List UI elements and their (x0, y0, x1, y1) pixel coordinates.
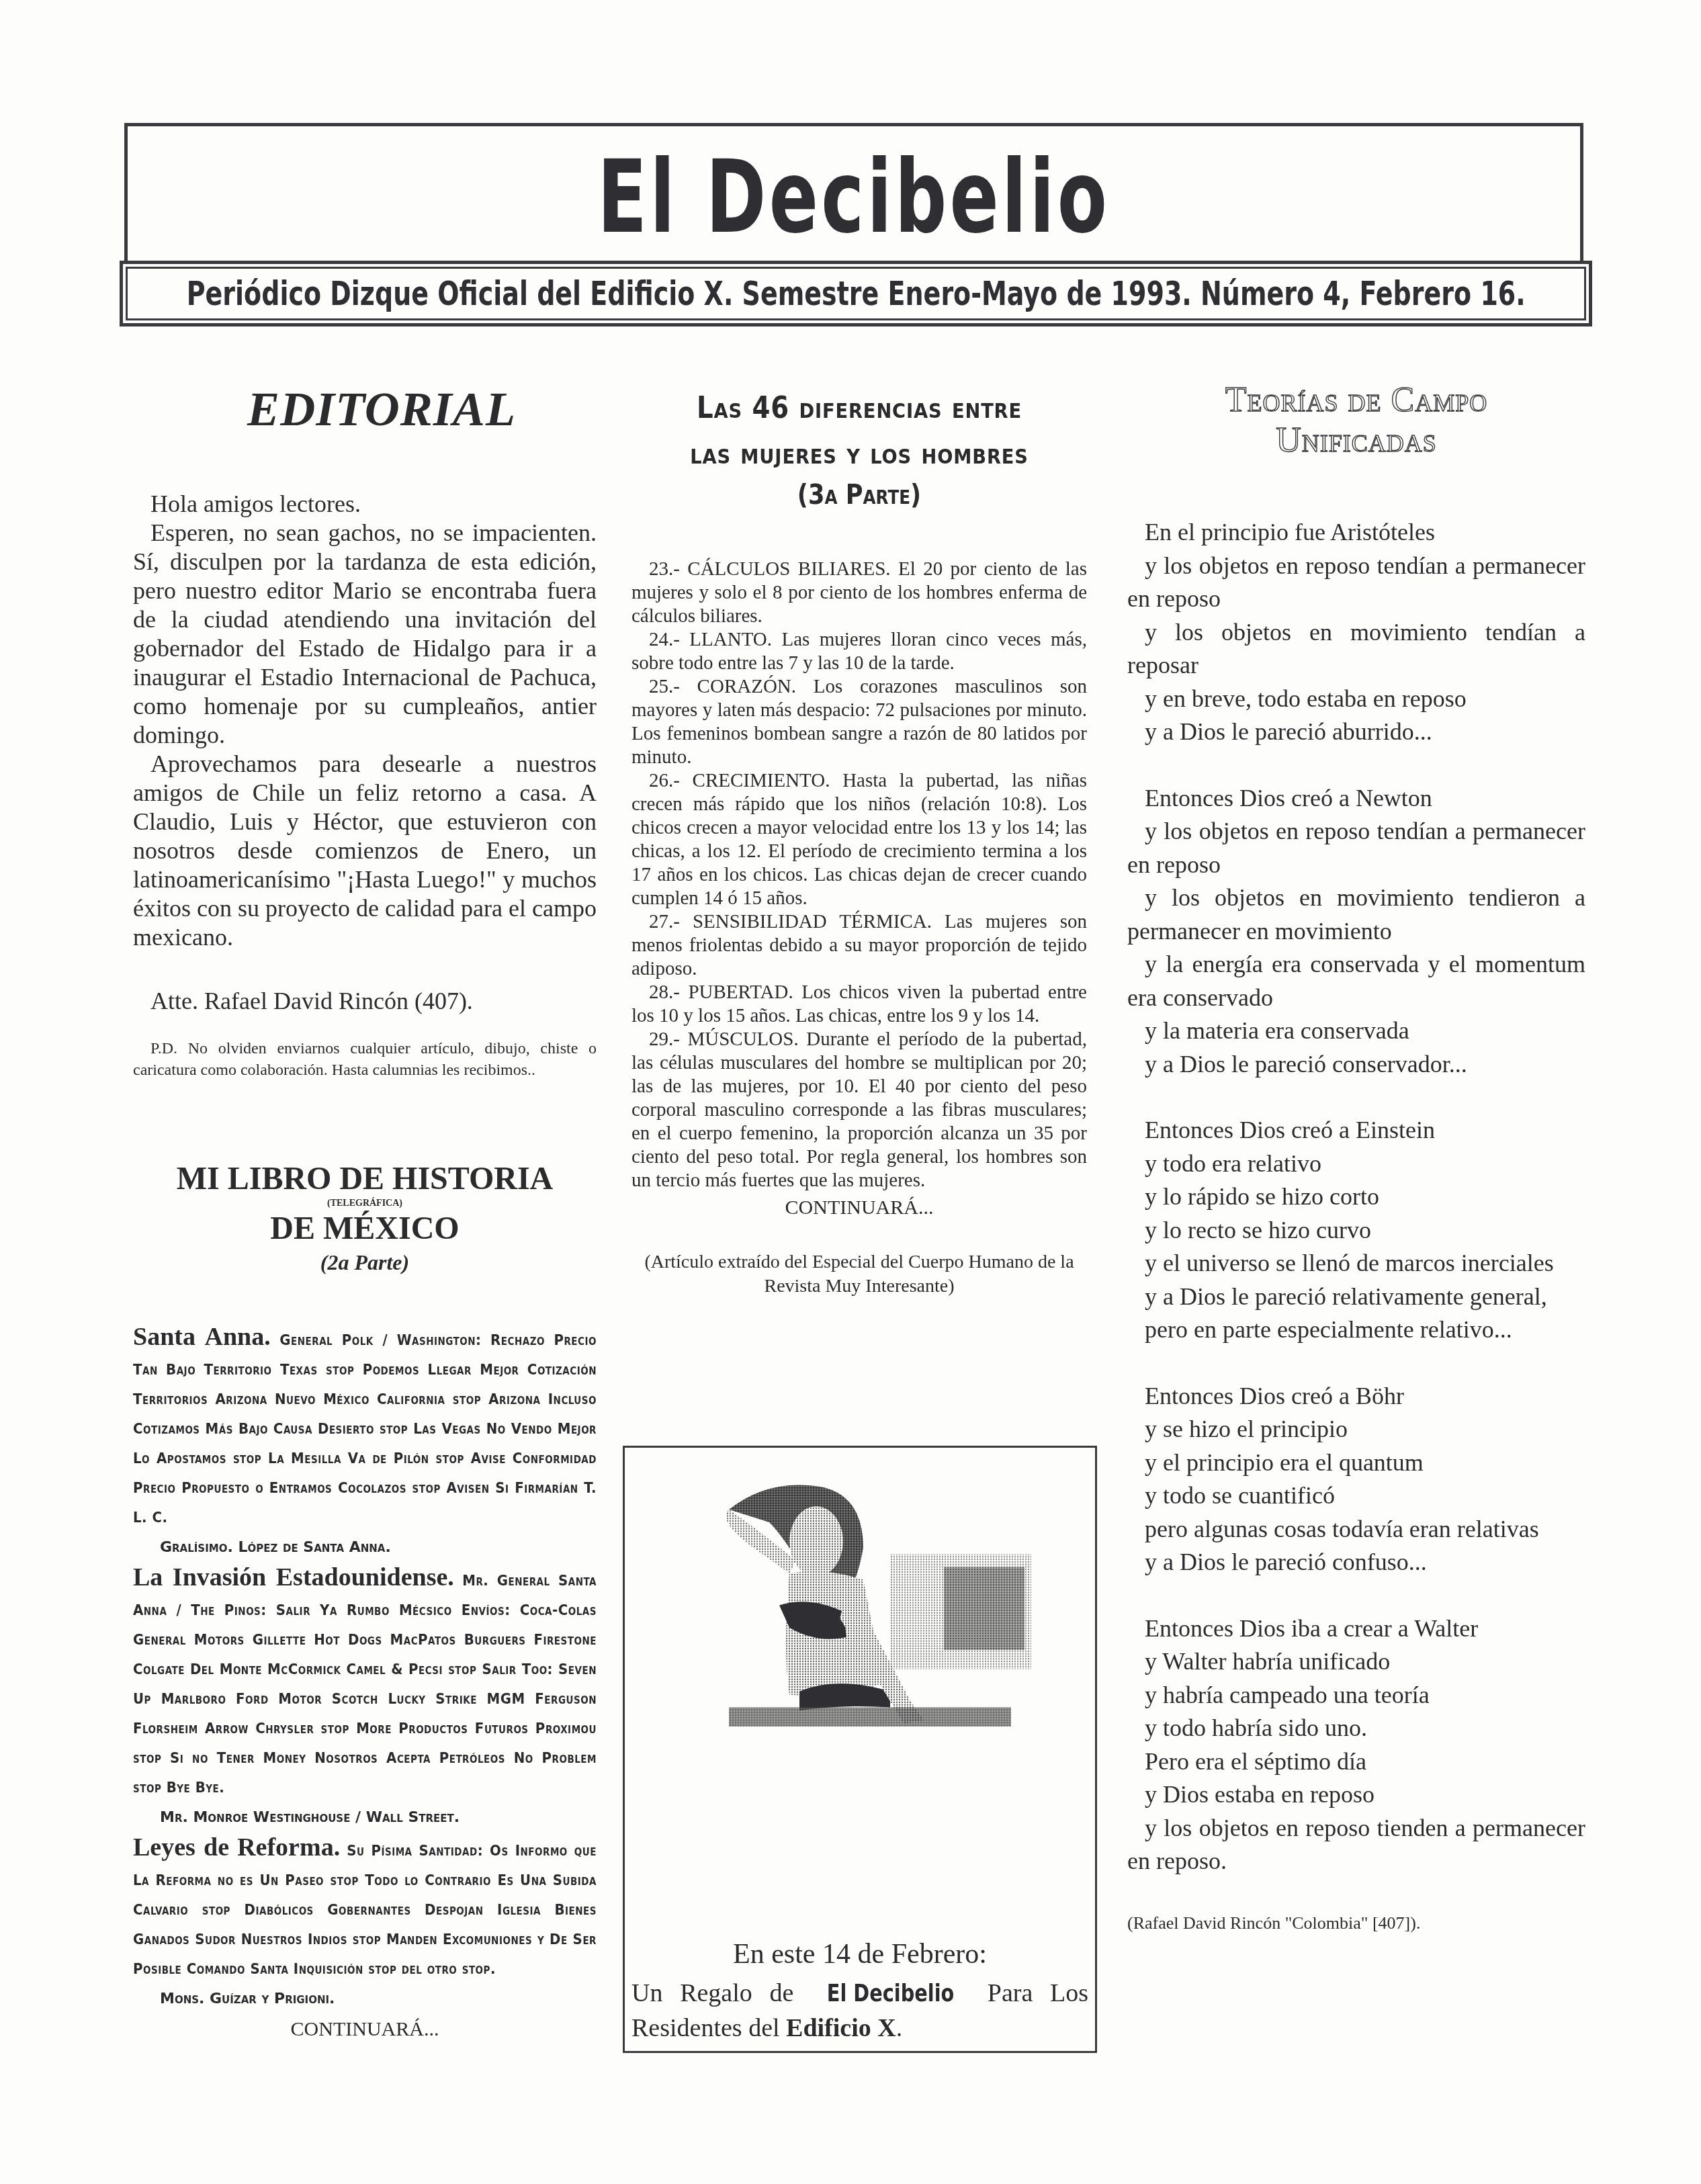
telegram-signature: Gralísimo. López de Santa Anna. (133, 1533, 597, 1563)
telegram-entry: Leyes de Reforma. Su Písima Santidad: Os… (133, 1833, 597, 1984)
telegram-heading: Leyes de Reforma. (133, 1833, 340, 1862)
differences-title-line-2: las mujeres y los hombres (659, 431, 1060, 477)
theories-poem: En el principio fue Aristótelesy los obj… (1127, 516, 1585, 1878)
newspaper-subtitle: Periódico Dizque Oficial del Edificio X.… (186, 274, 1525, 313)
masthead-title-box: El Decibelio (124, 123, 1583, 263)
poem-line: Entonces Dios creó a Einstein (1127, 1114, 1585, 1147)
gift-caption-text: Residentes del (631, 2014, 786, 2042)
telegram-signature: Mr. Monroe Westinghouse / Wall Street. (133, 1803, 597, 1833)
poem-line: y a Dios le pareció aburrido... (1127, 715, 1585, 749)
poem-stanza: En el principio fue Aristótelesy los obj… (1127, 516, 1585, 749)
editorial-signature: Atte. Rafael David Rincón (407). (150, 987, 597, 1015)
history-part: (2a Parte) (133, 1250, 597, 1275)
poem-line: pero en parte especialmente relativo... (1127, 1313, 1585, 1347)
editorial-postscript: P.D. No olviden enviarnos cualquier artí… (133, 1038, 597, 1081)
poem-line: y lo rápido se hizo corto (1127, 1180, 1585, 1214)
poem-stanza: Entonces Dios iba a crear a Waltery Walt… (1127, 1612, 1585, 1878)
telegram-list: Santa Anna. General Polk / Washington: R… (133, 1322, 597, 2014)
differences-part: (3a Parte) (659, 480, 1060, 511)
poem-line: y se hizo el principio (1127, 1413, 1585, 1446)
poem-line: En el principio fue Aristóteles (1127, 516, 1585, 550)
poem-line: Entonces Dios creó a Böhr (1127, 1380, 1585, 1413)
telegram-entry: Santa Anna. General Polk / Washington: R… (133, 1322, 597, 1533)
difference-item: 26.- CRECIMIENTO. Hasta la pubertad, las… (631, 769, 1087, 910)
history-title-2: DE MÉXICO (133, 1210, 597, 1248)
editorial-paragraph: Hola amigos lectores. (133, 490, 597, 519)
difference-item: 24.- LLANTO. Las mujeres lloran cinco ve… (631, 628, 1087, 675)
telegram-signature: Mons. Guízar y Prigioni. (133, 1984, 597, 2014)
valentine-gift-box: En este 14 de Febrero: Un Regalo de El D… (623, 1446, 1097, 2053)
differences-title-line-1: Las 46 diferencias entre (659, 386, 1060, 431)
poem-line: y el universo se llenó de marcos inercia… (1127, 1247, 1585, 1280)
theories-title-line-2: Unificadas (1127, 421, 1585, 461)
telegram-heading: Santa Anna. (133, 1323, 271, 1351)
difference-item: 27.- SENSIBILIDAD TÉRMICA. Las mujeres s… (631, 910, 1087, 981)
poem-line: y los objetos en reposo tendían a perman… (1127, 550, 1585, 616)
halftone-photo (689, 1471, 1031, 1727)
gift-caption-text: . (896, 2014, 903, 2042)
poem-line: y todo se cuantificó (1127, 1479, 1585, 1513)
poem-line: y los objetos en reposo tendían a perman… (1127, 815, 1585, 881)
theories-title: Teorías de Campo Unificadas (1127, 380, 1585, 461)
gift-caption-text: Para Los (970, 1979, 1088, 2007)
poem-line: y los objetos en movimiento tendieron a … (1127, 881, 1585, 948)
gift-brand: El Decibelio (827, 1980, 955, 2007)
poem-line: pero algunas cosas todavía eran relativa… (1127, 1513, 1585, 1546)
poem-line: y la materia era conservada (1127, 1014, 1585, 1048)
telegram-text: General Polk / Washington: Rechazo Preci… (133, 1332, 597, 1526)
difference-item: 28.- PUBERTAD. Los chicos viven la puber… (631, 981, 1087, 1028)
gift-building-name: Edificio X (786, 2014, 896, 2042)
difference-item: 23.- CÁLCULOS BILIARES. El 20 por ciento… (631, 558, 1087, 628)
gift-caption-line-3: Residentes del Edificio X. (631, 2013, 902, 2043)
editorial-heading: EDITORIAL (133, 382, 597, 437)
poem-line: Pero era el séptimo día (1127, 1745, 1585, 1779)
middle-column: Las 46 diferencias entre las mujeres y l… (631, 376, 1087, 1299)
poem-line: y la energía era conservada y el momentu… (1127, 948, 1585, 1014)
gift-caption-text: Un Regalo de (631, 1979, 811, 2007)
differences-title: Las 46 diferencias entre las mujeres y l… (659, 386, 1060, 477)
poem-line: y todo era relativo (1127, 1147, 1585, 1181)
newspaper-title: El Decibelio (598, 147, 1110, 248)
poem-line: Entonces Dios iba a crear a Walter (1127, 1612, 1585, 1646)
poem-line: y lo recto se hizo curvo (1127, 1214, 1585, 1248)
poem-stanza: Entonces Dios creó a Newtony los objetos… (1127, 782, 1585, 1082)
gift-caption-line-1: En este 14 de Febrero: (625, 1938, 1095, 1970)
poem-line: y todo habría sido uno. (1127, 1712, 1585, 1745)
poem-line: y Dios estaba en reposo (1127, 1778, 1585, 1812)
right-column: Teorías de Campo Unificadas En el princi… (1127, 376, 1585, 1933)
telegram-entry: La Invasión Estadounidense. Mr. General … (133, 1563, 597, 1803)
poem-stanza: Entonces Dios creó a Böhry se hizo el pr… (1127, 1380, 1585, 1579)
poem-line: y a Dios le pareció confuso... (1127, 1546, 1585, 1579)
poem-line: y a Dios le pareció relativamente genera… (1127, 1280, 1585, 1314)
gift-caption-line-2: Un Regalo de El Decibelio Para Los (631, 1978, 1088, 2008)
editorial-body: Hola amigos lectores. Esperen, no sean g… (133, 490, 597, 952)
telegram-text: Mr. General Santa Anna / The Pinos: Sali… (133, 1573, 597, 1796)
theories-signature: (Rafael David Rincón "Colombia" [407]). (1127, 1913, 1585, 1933)
poem-line: y el principio era el quantum (1127, 1446, 1585, 1480)
editorial-paragraph: Esperen, no sean gachos, no se impacient… (133, 519, 597, 750)
telegram-heading: La Invasión Estadounidense. (133, 1563, 454, 1591)
poem-line: Entonces Dios creó a Newton (1127, 782, 1585, 816)
history-title: MI LIBRO DE HISTORIA (133, 1160, 597, 1198)
poem-line: y los objetos en reposo tienden a perman… (1127, 1812, 1585, 1878)
differences-continues: CONTINUARÁ... (631, 1196, 1087, 1219)
telegram-text: Su Písima Santidad: Os Informo que La Re… (133, 1843, 597, 1978)
theories-title-line-1: Teorías de Campo (1127, 380, 1585, 421)
poem-line: y habría campeado una teoría (1127, 1679, 1585, 1712)
poem-line: y los objetos en movimiento tendían a re… (1127, 616, 1585, 683)
left-column: EDITORIAL Hola amigos lectores. Esperen,… (133, 376, 597, 2041)
differences-source: (Artículo extraído del Especial del Cuer… (631, 1250, 1087, 1299)
editorial-paragraph: Aprovechamos para desearle a nuestros am… (133, 750, 597, 952)
history-subtitle-small: (TELEGRÁFICA) (133, 1198, 597, 1210)
difference-item: 25.- CORAZÓN. Los corazones masculinos s… (631, 675, 1087, 769)
masthead-subtitle-box: Periódico Dizque Oficial del Edificio X.… (120, 261, 1592, 326)
poem-stanza: Entonces Dios creó a Einsteiny todo era … (1127, 1114, 1585, 1347)
poem-line: y Walter habría unificado (1127, 1645, 1585, 1679)
difference-item: 29.- MÚSCULOS. Durante el período de la … (631, 1028, 1087, 1192)
history-continues: CONTINUARÁ... (133, 2018, 597, 2041)
differences-body: 23.- CÁLCULOS BILIARES. El 20 por ciento… (631, 558, 1087, 1192)
poem-line: y en breve, todo estaba en reposo (1127, 683, 1585, 716)
poem-line: y a Dios le pareció conservador... (1127, 1048, 1585, 1082)
